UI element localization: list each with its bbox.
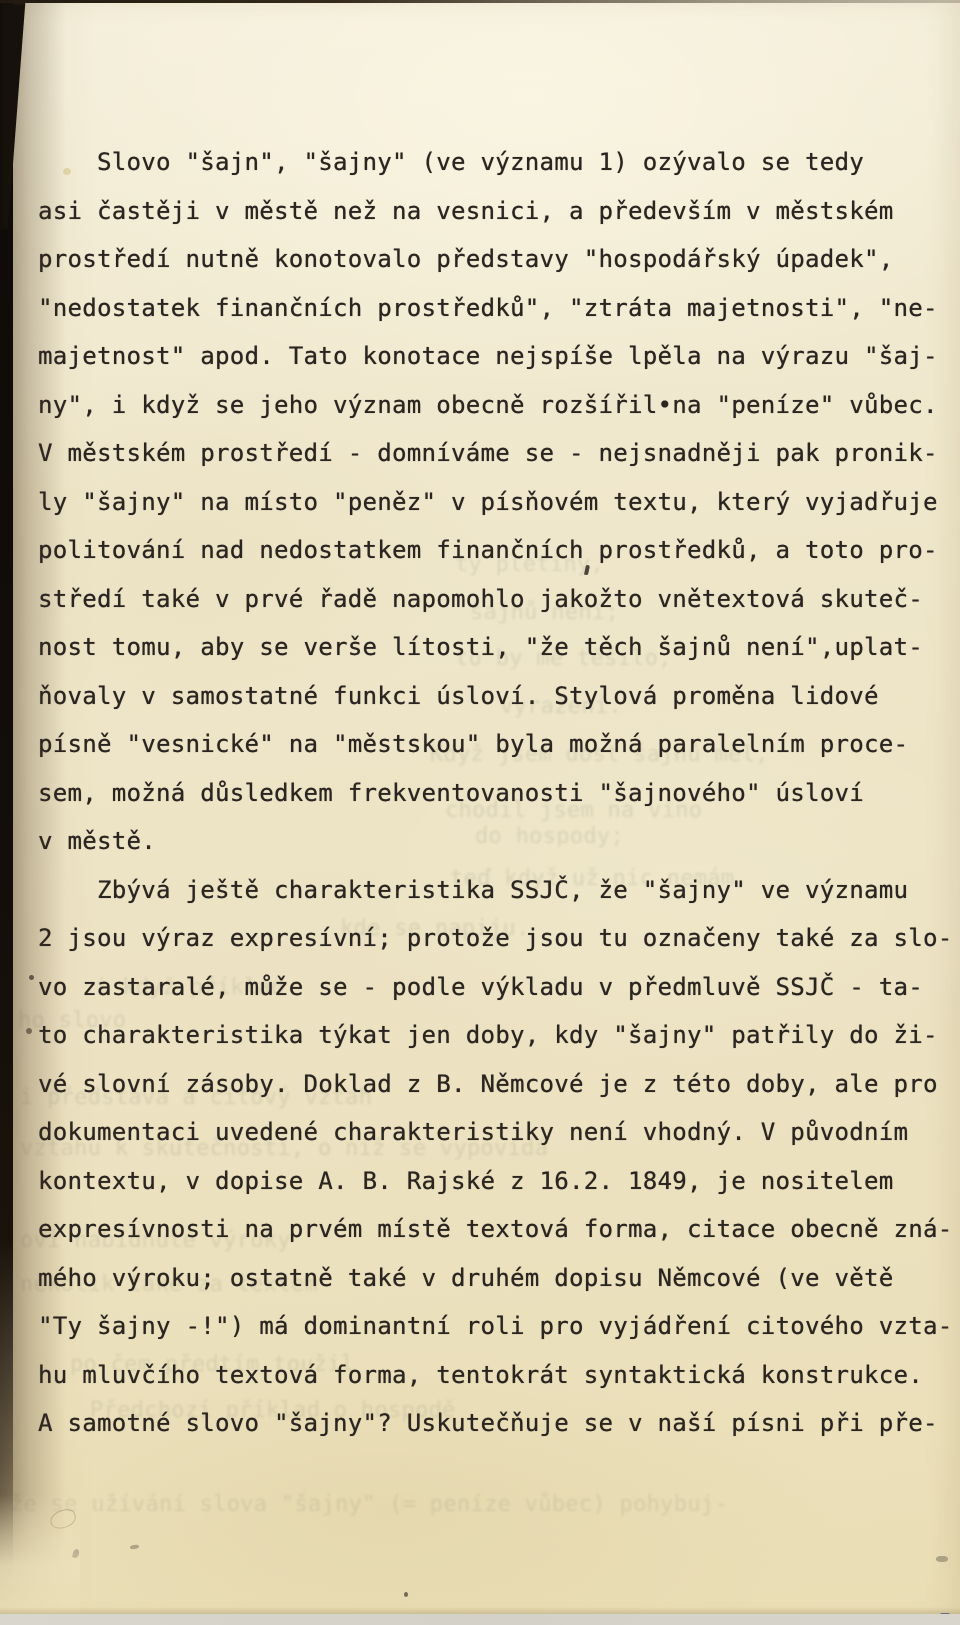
text-line: majetnost" apod. Tato konotace nejspíše … bbox=[38, 332, 950, 381]
ink-speck bbox=[936, 1556, 948, 1562]
ink-speck bbox=[404, 1592, 408, 1597]
text-line: expresívnosti na prvém místě textová for… bbox=[38, 1205, 950, 1254]
scan-edge-top bbox=[0, 0, 960, 3]
bleedthrough-fragment: že se užívání slova "šajny" (= peníze vů… bbox=[10, 1492, 728, 1517]
text-line: dokumentaci uvedené charakteristiky není… bbox=[38, 1108, 950, 1157]
typewritten-text: Slovo "šajn", "šajny" (ve významu 1) ozý… bbox=[38, 138, 950, 1448]
text-line: V městském prostředí - domníváme se - ne… bbox=[38, 429, 950, 478]
text-line: v městě. bbox=[38, 817, 950, 866]
text-line: "nedostatek finančních prostředků", "ztr… bbox=[38, 284, 950, 333]
text-line: písně "vesnické" na "městskou" byla možn… bbox=[38, 720, 950, 769]
text-line: ňovaly v samostatné funkci úsloví. Stylo… bbox=[38, 672, 950, 721]
scanned-typewritten-page: ty pletiny,šajnů není;to by mě těšilo,vy… bbox=[0, 0, 960, 1625]
text-line: prostředí nutně konotovalo představy "ho… bbox=[38, 235, 950, 284]
text-line: to charakteristika týkat jen doby, kdy "… bbox=[38, 1011, 950, 1060]
text-line: kontextu, v dopise A. B. Rajské z 16.2. … bbox=[38, 1157, 950, 1206]
text-line: politování nad nedostatkem finančních pr… bbox=[38, 526, 950, 575]
text-line: vé slovní zásoby. Doklad z B. Němcové je… bbox=[38, 1060, 950, 1109]
text-line: Slovo "šajn", "šajny" (ve významu 1) ozý… bbox=[38, 138, 950, 187]
text-line: mého výroku; ostatně také v druhém dopis… bbox=[38, 1254, 950, 1303]
text-line: "Ty šajny -!") má dominantní roli pro vy… bbox=[38, 1302, 950, 1351]
text-line: 2 jsou výraz expresívní; protože jsou tu… bbox=[38, 914, 950, 963]
scan-edge-bottom bbox=[0, 1614, 960, 1625]
scan-edge-left-fade bbox=[0, 1495, 80, 1625]
text-line: nost tomu, aby se verše lítosti, "že těc… bbox=[38, 623, 950, 672]
scan-edge-bottom-shade bbox=[0, 1607, 960, 1614]
text-line: asi častěji v městě než na vesnici, a př… bbox=[38, 187, 950, 236]
text-line: ny", i když se jeho význam obecně rozšíř… bbox=[38, 381, 950, 430]
text-line: sem, možná důsledkem frekventovanosti "š… bbox=[38, 769, 950, 818]
text-line: vo zastaralé, může se - podle výkladu v … bbox=[38, 963, 950, 1012]
text-line: A samotné slovo "šajny"? Uskutečňuje se … bbox=[38, 1399, 950, 1448]
scan-edge-left bbox=[0, 0, 13, 1590]
text-line: Zbývá ještě charakteristika SSJČ, že "ša… bbox=[38, 866, 950, 915]
text-line: ly "šajny" na místo "peněz" v písňovém t… bbox=[38, 478, 950, 527]
text-line: hu mluvčího textová forma, tentokrát syn… bbox=[38, 1351, 950, 1400]
text-line: středí také v prvé řadě napomohlo jakožt… bbox=[38, 575, 950, 624]
